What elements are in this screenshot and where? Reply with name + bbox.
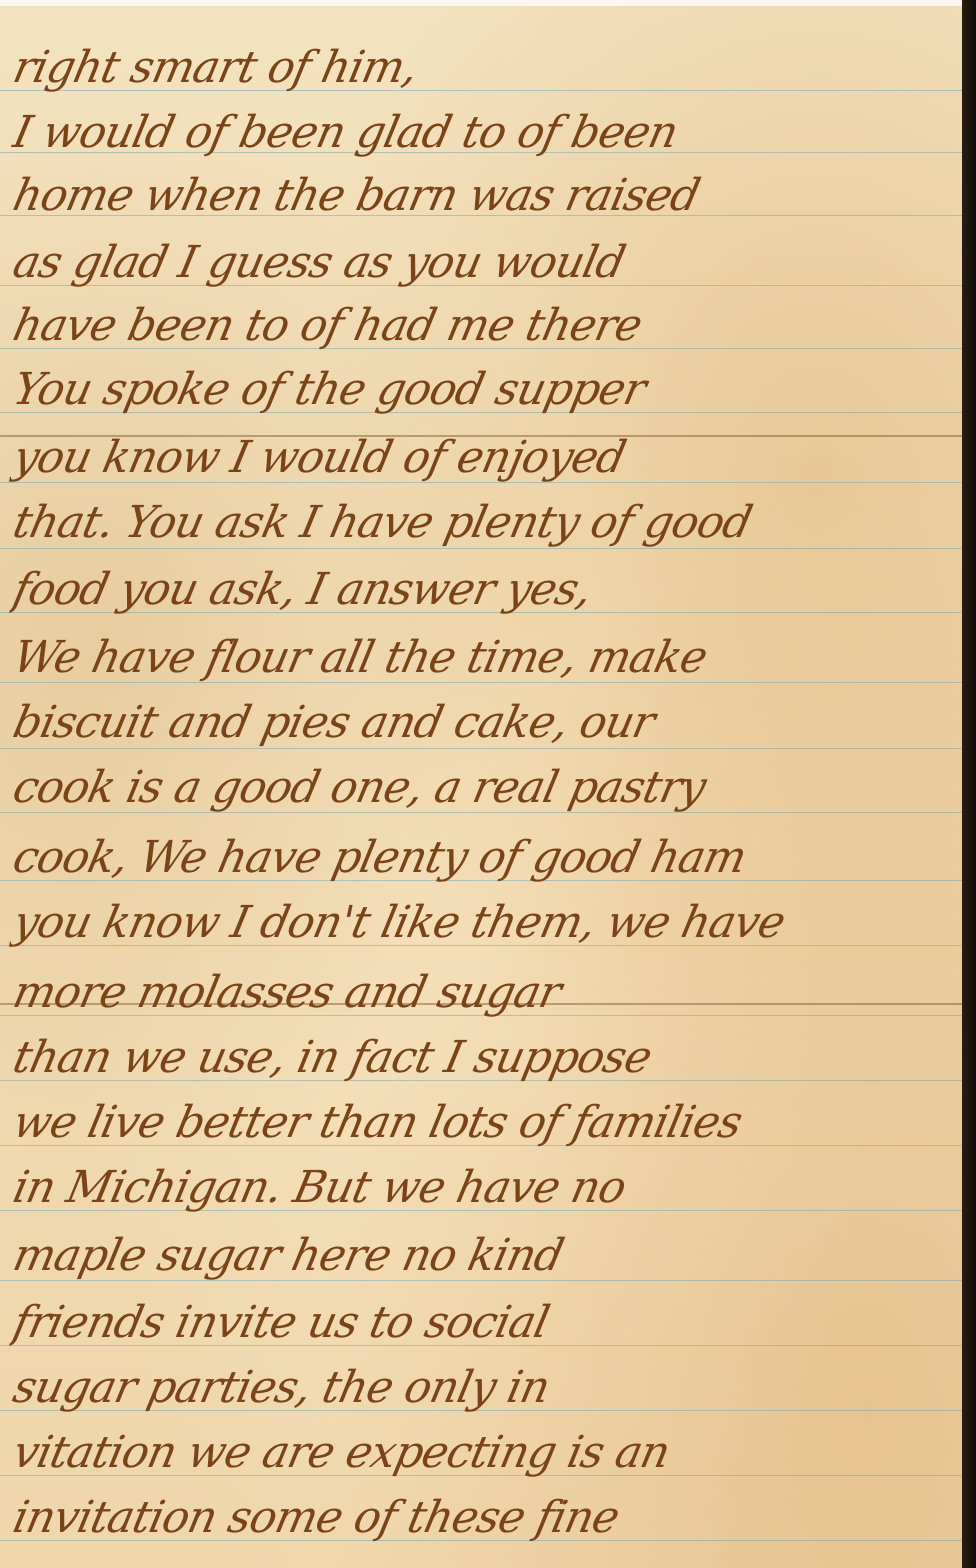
handwritten-line: that. You ask I have plenty of good [8,495,962,551]
letter-page: right smart of him,I would of been glad … [0,6,962,1568]
handwritten-line: We have flour all the time, make [8,630,962,686]
handwritten-line: as glad I guess as you would [8,235,962,291]
scan-right-edge [962,0,976,1568]
handwritten-line: you know I would of enjoyed [8,430,962,486]
handwritten-line: we live better than lots of families [8,1095,962,1151]
handwritten-line: maple sugar here no kind [8,1228,962,1284]
handwritten-line: invitation some of these fine [8,1490,962,1546]
handwritten-line: food you ask, I answer yes, [8,562,962,618]
handwritten-line: have been to of had me there [8,298,962,354]
handwritten-line: than we use, in fact I suppose [8,1030,962,1086]
handwritten-line: biscuit and pies and cake, our [8,695,962,751]
handwritten-line: right smart of him, [8,40,962,96]
handwritten-line: home when the barn was raised [8,168,962,224]
handwritten-line: sugar parties, the only in [8,1360,962,1416]
handwritten-line: you know I don't like them, we have [8,895,962,951]
handwritten-line: cook, We have plenty of good ham [8,830,962,886]
handwritten-line: I would of been glad to of been [8,105,962,161]
handwritten-line: cook is a good one, a real pastry [8,760,962,816]
handwritten-line: friends invite us to social [8,1295,962,1351]
handwritten-line: You spoke of the good supper [8,362,962,418]
handwritten-line: more molasses and sugar [8,965,962,1021]
handwritten-line: vitation we are expecting is an [8,1425,962,1481]
handwritten-line: in Michigan. But we have no [8,1160,962,1216]
